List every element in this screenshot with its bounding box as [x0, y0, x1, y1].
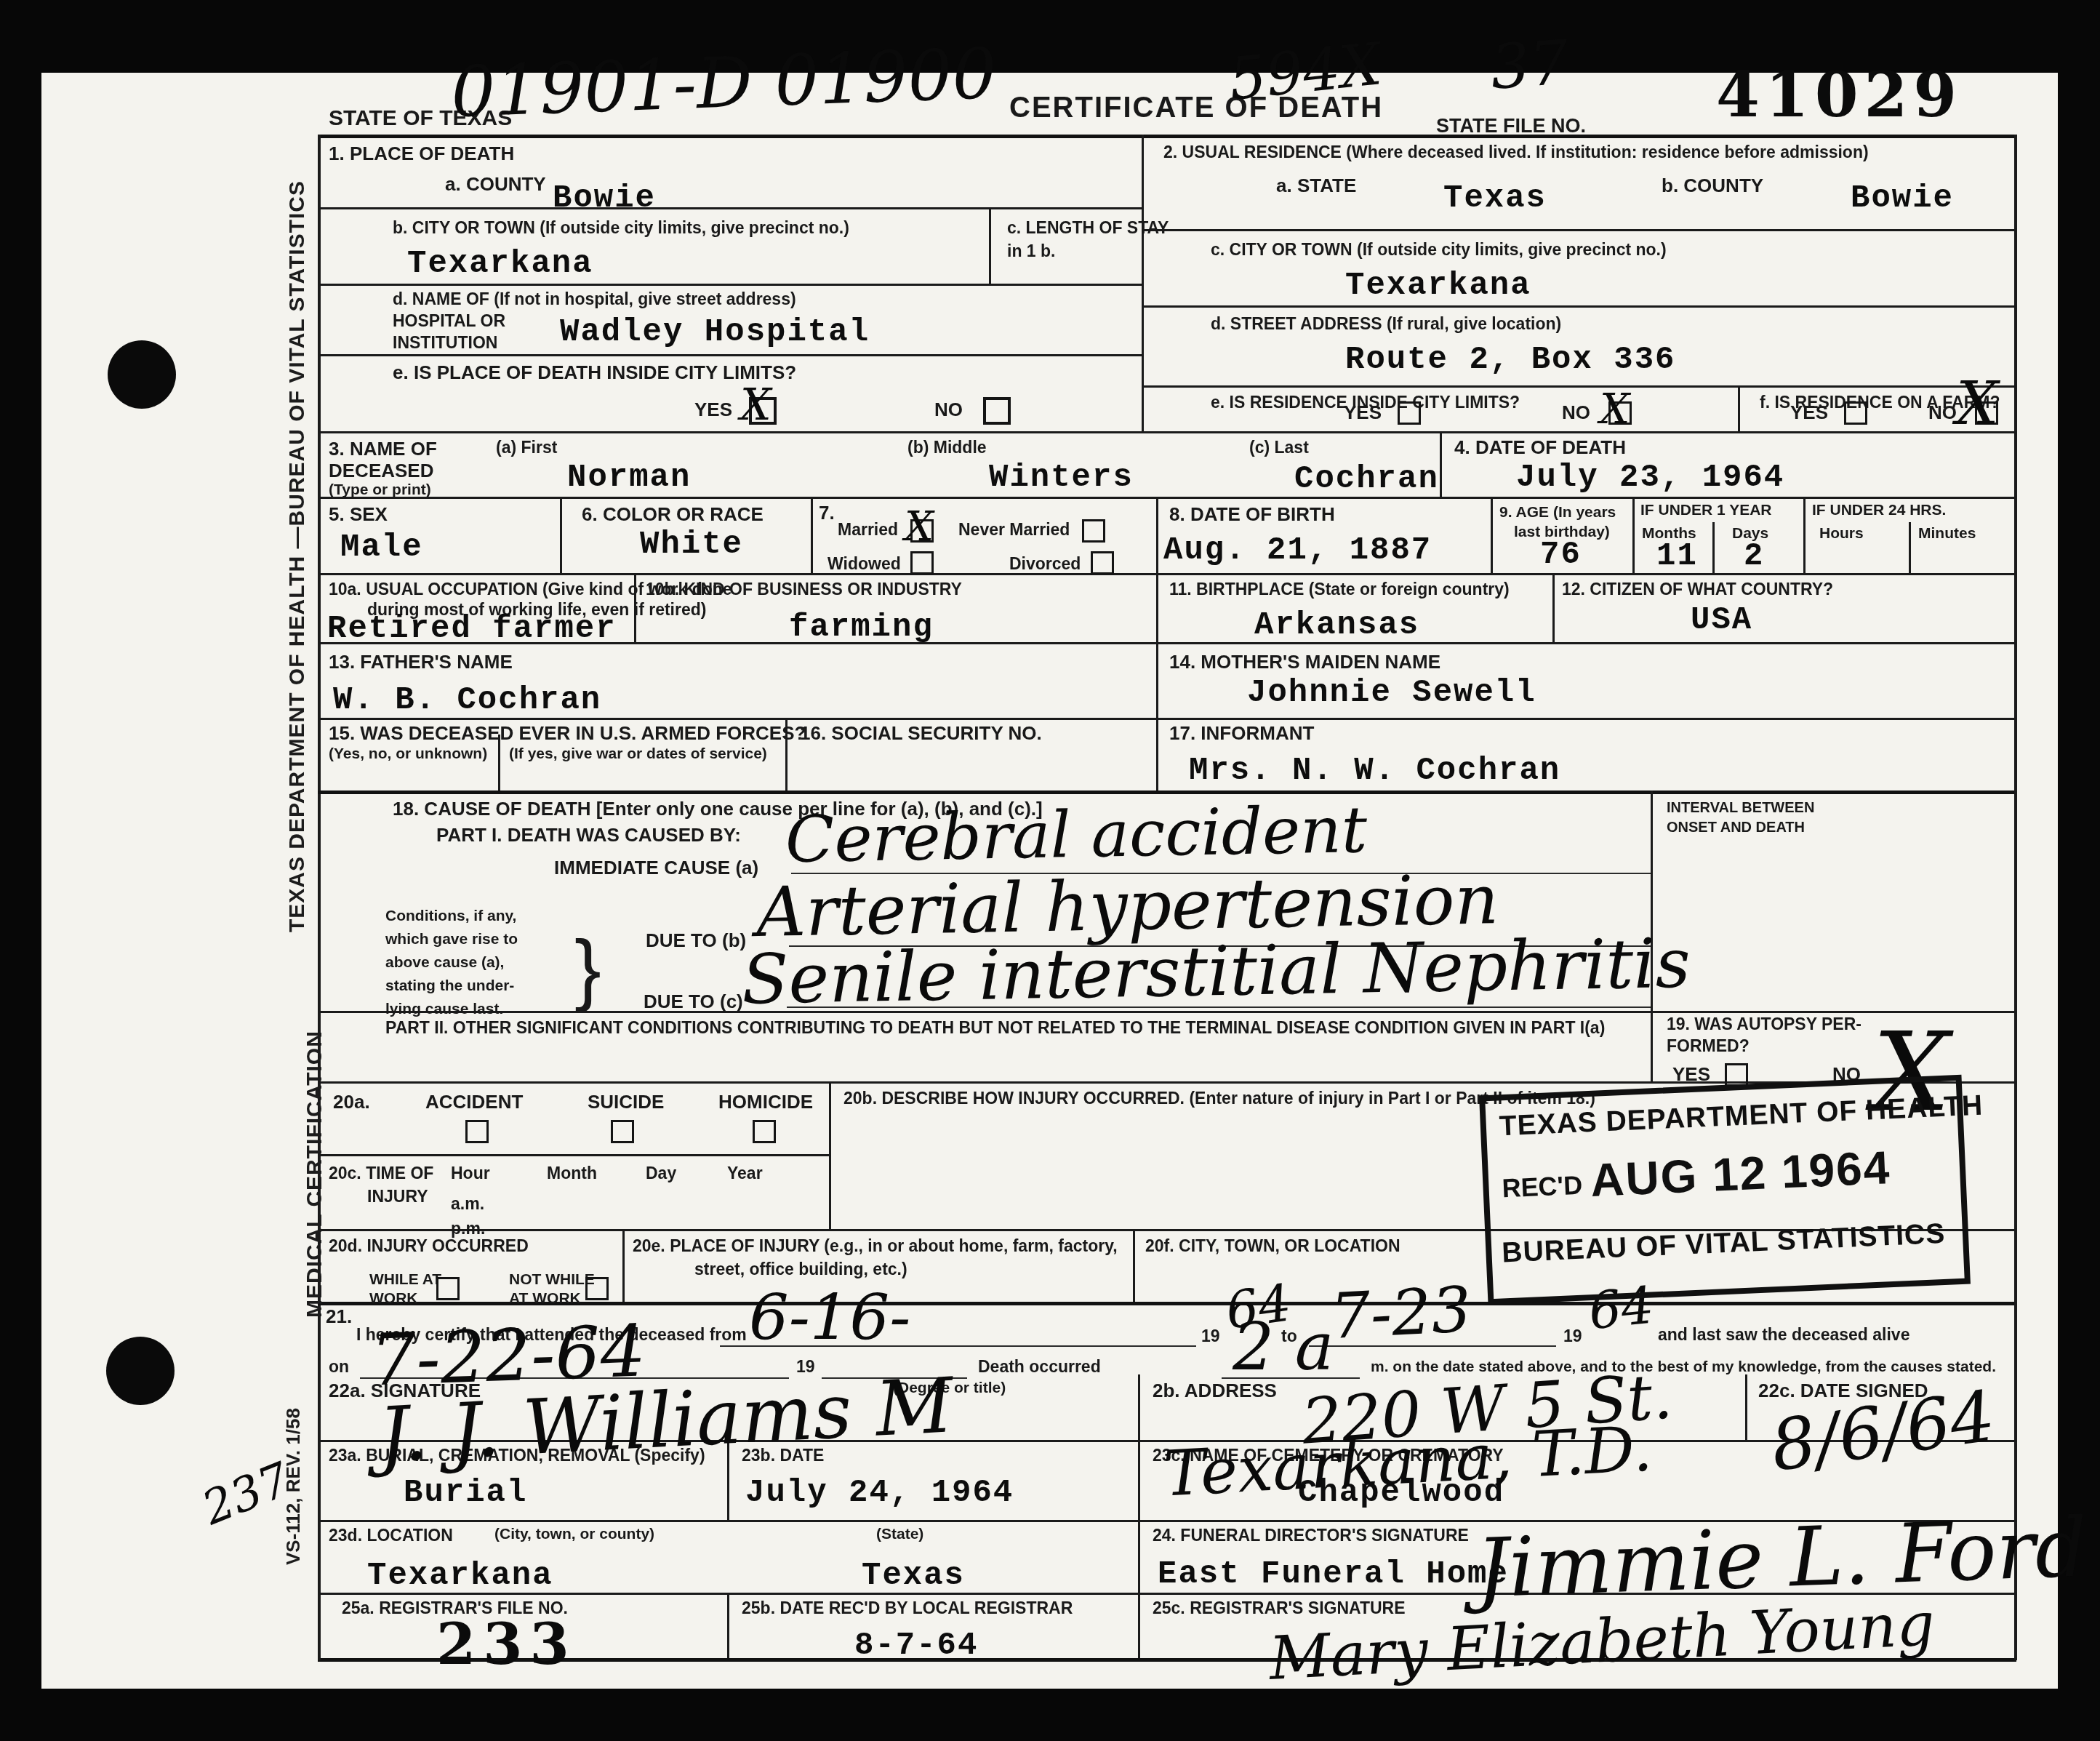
burial-date-value: July 24, 1964 [745, 1475, 1014, 1511]
registrar-date-value: 8-7-64 [854, 1628, 978, 1664]
place-city-label: b. CITY OR TOWN (If outside city limits,… [393, 218, 849, 238]
burial-location-state-value: Texas [862, 1558, 965, 1594]
residence-limits-no-label: NO [1562, 401, 1590, 424]
length-of-stay-label2: in 1 b. [1007, 241, 1055, 261]
divider [318, 207, 1142, 209]
attended-to-handwritten: 7-23 [1329, 1273, 1473, 1353]
divider [318, 791, 2014, 794]
divider [1142, 305, 2014, 308]
divider [318, 497, 2014, 499]
social-security-label: 16. SOCIAL SECURITY NO. [800, 722, 1042, 745]
registrar-signature-label: 25c. REGISTRAR'S SIGNATURE [1153, 1598, 1406, 1618]
residence-limits-no-x-mark: X [1600, 384, 1630, 433]
burial-location-city-value: Texarkana [367, 1558, 553, 1594]
divider [727, 1593, 729, 1658]
usual-residence-title: 2. USUAL RESIDENCE (Where deceased lived… [1163, 143, 1869, 162]
divider [622, 1229, 625, 1302]
divider [1138, 1374, 1140, 1440]
am-label: a.m. [451, 1194, 484, 1214]
divider [1142, 229, 2014, 231]
citizen-value: USA [1691, 602, 1752, 639]
day-label: Day [646, 1164, 676, 1183]
certify-text-2: and last saw the deceased alive [1658, 1325, 1909, 1345]
residence-street-value: Route 2, Box 336 [1345, 342, 1675, 378]
scan-edge-left [0, 0, 41, 1741]
hospital-name-label2: HOSPITAL OR [393, 311, 505, 331]
residence-city-value: Texarkana [1345, 268, 1531, 304]
hours-label: Hours [1819, 525, 1864, 543]
conditions-note-line4: stating the under- [385, 977, 514, 995]
last-name-label: (c) Last [1249, 438, 1309, 457]
state-file-no-label: STATE FILE NO. [1436, 115, 1586, 137]
burial-location-sub2: (State) [876, 1526, 923, 1543]
first-name-value: Norman [567, 460, 691, 496]
cause-c-handwritten: Senile interstitial Nephritis [741, 924, 1691, 1020]
homicide-checkbox [753, 1120, 776, 1143]
autopsy-label1: 19. WAS AUTOPSY PER- [1667, 1014, 1861, 1034]
divider [1738, 385, 1740, 431]
place-inside-limits-label: e. IS PLACE OF DEATH INSIDE CITY LIMITS? [393, 361, 796, 384]
farm-no-x-mark: X [1956, 369, 1998, 439]
punch-hole-top [108, 340, 176, 409]
occupation-value: Retired farmer [327, 611, 617, 647]
business-industry-value: farming [789, 609, 934, 646]
armed-forces-label: 15. WAS DECEASED EVER IN U.S. ARMED FORC… [329, 722, 806, 745]
divider [1138, 1440, 1140, 1520]
residence-county-value: Bowie [1851, 180, 1954, 217]
divider [829, 1081, 831, 1229]
place-of-death-title: 1. PLACE OF DEATH [329, 143, 514, 165]
injury-city-label: 20f. CITY, TOWN, OR LOCATION [1145, 1236, 1400, 1256]
certify-section-label: 21. [326, 1305, 352, 1328]
marital-status-label: 7. [819, 502, 835, 524]
death-time-handwritten: 2 a [1233, 1309, 1334, 1385]
year-label: Year [727, 1164, 763, 1183]
scanned-death-certificate: TEXAS DEPARTMENT OF HEALTH —BUREAU OF VI… [0, 0, 2100, 1741]
armed-forces-sub2: (If yes, give war or dates of service) [509, 745, 767, 763]
hospital-value: Wadley Hospital [560, 314, 870, 351]
mothers-maiden-name-value: Johnnie Sewell [1247, 675, 1536, 711]
funeral-home-value: East Funeral Home [1158, 1556, 1509, 1593]
married-label: Married [838, 520, 898, 540]
time-of-injury-label2: INJURY [367, 1187, 428, 1206]
suicide-checkbox [611, 1120, 634, 1143]
place-of-injury-label2: street, office building, etc.) [694, 1260, 907, 1279]
conditions-note-line1: Conditions, if any, [385, 908, 516, 925]
divider [1138, 1520, 1140, 1593]
divorced-checkbox [1091, 551, 1114, 575]
residence-state-label: a. STATE [1276, 175, 1356, 197]
divider [1156, 642, 1158, 718]
residence-limits-yes-label: YES [1344, 401, 1382, 424]
first-name-label: (a) First [496, 438, 557, 457]
divider [1440, 431, 1442, 497]
month-label: Month [547, 1164, 597, 1183]
conditions-note-line2: which gave rise to [385, 931, 518, 948]
divider [1142, 385, 2014, 388]
widowed-checkbox [910, 551, 934, 575]
divider [318, 1154, 829, 1156]
divider [318, 135, 2016, 138]
hospital-name-label: d. NAME OF (If not in hospital, give str… [393, 289, 796, 309]
divorced-label: Divorced [1009, 554, 1081, 574]
handwritten-code-37: 37 [1488, 26, 1571, 103]
conditions-note-line3: above cause (a), [385, 954, 504, 972]
place-city-value: Texarkana [407, 246, 593, 282]
color-race-label: 6. COLOR OR RACE [582, 503, 764, 526]
widowed-label: Widowed [827, 554, 901, 574]
on-word: on [329, 1357, 349, 1377]
hospital-name-label3: INSTITUTION [393, 333, 497, 353]
autopsy-yes-checkbox [1725, 1063, 1748, 1086]
time-of-injury-label1: 20c. TIME OF [329, 1164, 433, 1183]
divider [318, 135, 321, 1660]
date-of-death-label: 4. DATE OF DEATH [1454, 436, 1626, 459]
never-married-label: Never Married [958, 520, 1070, 540]
registrar-file-number: 233 [436, 1612, 577, 1678]
divider [318, 284, 1142, 286]
accident-checkbox [465, 1120, 489, 1143]
state-file-number: 41029 [1716, 58, 1963, 132]
suicide-label: SUICIDE [588, 1091, 664, 1113]
residence-state-value: Texas [1443, 180, 1547, 217]
residence-limits-yes-checkbox [1398, 401, 1421, 425]
place-limits-no-label: NO [934, 399, 963, 421]
scan-edge-right [2058, 0, 2100, 1741]
residence-city-label: c. CITY OR TOWN (If outside city limits,… [1211, 240, 1667, 260]
middle-name-value: Winters [989, 460, 1134, 496]
year-prefix-1: 19 [1201, 1326, 1220, 1346]
certify-text-3: m. on the date stated above, and to the … [1371, 1358, 1996, 1376]
farm-yes-label: YES [1790, 401, 1828, 424]
divider [1712, 522, 1715, 573]
divider [1156, 718, 1158, 791]
color-race-value: White [640, 527, 743, 563]
birthplace-value: Arkansas [1254, 607, 1419, 644]
hour-label: Hour [451, 1164, 490, 1183]
type-or-print-label: (Type or print) [329, 481, 431, 499]
days-value: 2 [1744, 538, 1764, 575]
punch-hole-bottom [106, 1337, 175, 1405]
birthplace-label: 11. BIRTHPLACE (State or foreign country… [1169, 580, 1510, 599]
farm-no-label: NO [1928, 401, 1957, 424]
due-to-b-label: DUE TO (b) [646, 929, 746, 952]
divider [2014, 135, 2017, 1660]
place-limits-yes-x-mark: X [740, 380, 772, 431]
divider [1156, 573, 1158, 642]
mothers-maiden-name-label: 14. MOTHER'S MAIDEN NAME [1169, 651, 1440, 673]
divider [989, 207, 991, 284]
accident-section-label: 20a. [333, 1091, 370, 1113]
divider [560, 497, 562, 573]
never-married-checkbox [1082, 519, 1105, 543]
burial-value: Burial [404, 1475, 527, 1511]
fathers-name-value: W. B. Cochran [333, 682, 601, 719]
conditions-note-line5: lying cause last. [385, 1001, 503, 1018]
date-of-birth-label: 8. DATE OF BIRTH [1169, 503, 1335, 526]
county-label: a. COUNTY [445, 173, 546, 196]
burial-location-label: 23d. LOCATION [329, 1526, 453, 1545]
last-name-value: Cochran [1294, 461, 1439, 497]
place-limits-no-checkbox [983, 397, 1011, 425]
autopsy-label2: FORMED? [1667, 1036, 1750, 1056]
while-at-work-checkbox [436, 1277, 460, 1300]
year-prefix-2: 19 [1563, 1326, 1582, 1346]
divider [318, 354, 1142, 356]
not-while-at-work-label2: AT WORK [509, 1290, 581, 1308]
interval-label1: INTERVAL BETWEEN [1667, 800, 1814, 817]
age-value: 76 [1540, 537, 1582, 573]
date-of-birth-value: Aug. 21, 1887 [1163, 532, 1432, 569]
middle-name-label: (b) Middle [907, 438, 987, 457]
due-to-c-label: DUE TO (c) [644, 990, 743, 1013]
business-industry-label: 10b. KIND OF BUSINESS OR INDUSTRY [646, 580, 962, 599]
not-while-at-work-label1: NOT WHILE [509, 1271, 595, 1289]
funeral-director-label: 24. FUNERAL DIRECTOR'S SIGNATURE [1153, 1526, 1469, 1545]
if-under-24-hrs-label: IF UNDER 24 HRS. [1812, 502, 1946, 519]
place-of-injury-label1: 20e. PLACE OF INJURY (e.g., in or about … [633, 1236, 1118, 1256]
name-of-deceased-label2: DECEASED [329, 460, 433, 482]
while-at-work-label1: WHILE AT [369, 1271, 441, 1289]
injury-occurred-label: 20d. INJURY OCCURRED [329, 1236, 529, 1256]
if-under-1-year-label: IF UNDER 1 YEAR [1640, 502, 1771, 519]
informant-label: 17. INFORMANT [1169, 722, 1314, 745]
residence-street-label: d. STREET ADDRESS (If rural, give locati… [1211, 314, 1561, 334]
attended-from-handwritten: 6-16- [749, 1281, 910, 1354]
accident-label: ACCIDENT [425, 1091, 523, 1113]
residence-county-label: b. COUNTY [1662, 175, 1763, 197]
divider [318, 431, 2014, 433]
immediate-cause-label: IMMEDIATE CAUSE (a) [554, 857, 758, 879]
divider [811, 497, 813, 573]
minutes-label: Minutes [1918, 525, 1976, 543]
homicide-label: HOMICIDE [718, 1091, 813, 1113]
divider [1156, 497, 1158, 573]
part1-label: PART I. DEATH WAS CAUSED BY: [436, 824, 741, 847]
age-label1: 9. AGE (In years [1499, 504, 1616, 521]
farm-yes-checkbox [1844, 401, 1867, 425]
sex-value: Male [340, 529, 423, 566]
months-value: 11 [1656, 538, 1698, 575]
part2-label: PART II. OTHER SIGNIFICANT CONDITIONS CO… [385, 1018, 1605, 1038]
interval-label2: ONSET AND DEATH [1667, 820, 1805, 836]
divider [1142, 135, 1144, 431]
while-at-work-label2: WORK [369, 1290, 418, 1308]
divider [1491, 497, 1493, 573]
not-while-at-work-checkbox [585, 1277, 609, 1300]
married-x-mark: X [905, 503, 934, 551]
stamp-recd-label: REC'D [1502, 1170, 1583, 1204]
date-of-death-value: July 23, 1964 [1516, 460, 1784, 496]
divider [1552, 573, 1555, 642]
armed-forces-sub1: (Yes, no, or unknown) [329, 745, 487, 763]
conditions-brace: } [574, 922, 601, 1014]
divider [1632, 497, 1635, 573]
medical-certification-vertical-label: MEDICAL CERTIFICATION [302, 1030, 327, 1318]
divider [1803, 497, 1806, 573]
registrar-date-label: 25b. DATE REC'D BY LOCAL REGISTRAR [742, 1598, 1073, 1618]
divider [1909, 522, 1911, 573]
stamp-date: AUG 12 1964 [1590, 1140, 1892, 1207]
divider [1138, 1593, 1140, 1658]
death-occurred-label: Death occurred [978, 1357, 1101, 1377]
place-limits-yes-label: YES [694, 399, 732, 421]
pm-label: p.m. [451, 1219, 485, 1238]
citizen-label: 12. CITIZEN OF WHAT COUNTRY? [1562, 580, 1833, 599]
stamp-agency-line: TEXAS DEPARTMENT OF HEALTH [1499, 1089, 1984, 1142]
scan-edge-bottom [0, 1689, 2100, 1741]
fathers-name-label: 13. FATHER'S NAME [329, 651, 513, 673]
divider [1133, 1229, 1135, 1302]
agency-vertical-label: TEXAS DEPARTMENT OF HEALTH —BUREAU OF VI… [285, 180, 310, 932]
name-of-deceased-label1: 3. NAME OF [329, 438, 437, 460]
burial-location-sub1: (City, town, or county) [494, 1526, 654, 1543]
length-of-stay-label: c. LENGTH OF STAY [1007, 218, 1169, 238]
received-stamp: TEXAS DEPARTMENT OF HEALTH REC'D AUG 12 … [1479, 1075, 1971, 1305]
autopsy-yes-label: YES [1672, 1063, 1710, 1086]
informant-value: Mrs. N. W. Cochran [1189, 753, 1560, 789]
sex-label: 5. SEX [329, 503, 388, 526]
place-county-value: Bowie [553, 180, 656, 217]
stamp-bureau-line: BUREAU OF VITAL STATISTICS [1502, 1218, 1947, 1270]
divider [1745, 1374, 1747, 1440]
